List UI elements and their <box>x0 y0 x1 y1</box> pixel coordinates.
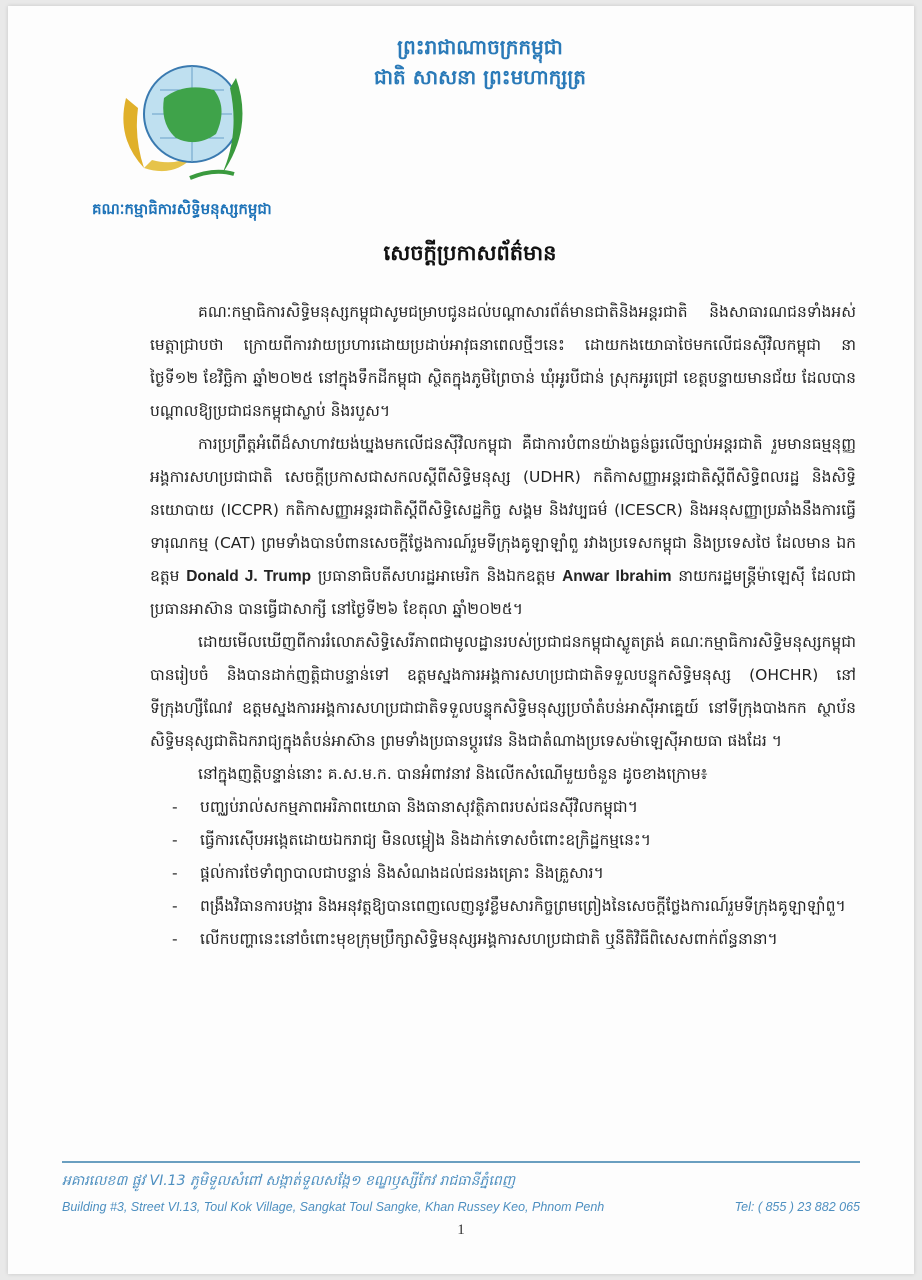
kingdom-line-2: ជាតិ សាសនា ព្រះមហាក្សត្រ <box>330 62 630 92</box>
requests-list: -បញ្ឈប់រាល់សកម្មភាពអរិភាពយោធា និងធានាសុវ… <box>150 791 856 956</box>
paragraph-2-text: ប្រធានាធិបតីសហរដ្ឋអាមេរិក និងឯកឧត្តម <box>311 567 562 585</box>
footer-address-khmer: អគារលេខ៣ ផ្លូវ VI.13 ភូមិទួលសំពៅ សង្កាត់… <box>62 1171 515 1192</box>
footer-address-english: Building #3, Street VI.13, Toul Kok Vill… <box>62 1200 604 1214</box>
footer-divider <box>62 1161 860 1163</box>
paragraph-2: ការប្រព្រឹត្តអំពើដ៏សាហាវយង់ឃ្នងមកលើជនស៊ី… <box>150 428 856 626</box>
paragraph-4: នៅក្នុងញត្តិបន្ទាន់នោះ គ.ស.ម.ក. បានអំពាវ… <box>150 758 856 791</box>
globe-wreath-logo-icon <box>104 38 272 206</box>
kingdom-motto: ព្រះរាជាណាចក្រកម្ពុជា ជាតិ សាសនា ព្រះមហា… <box>330 32 630 92</box>
list-item: -ពង្រឹងវិធានការបង្ការ និងអនុវត្តឱ្យបានពេ… <box>150 890 856 923</box>
list-item-text: ពង្រឹងវិធានការបង្ការ និងអនុវត្តឱ្យបានពេញ… <box>200 897 846 915</box>
paragraph-1: គណៈកម្មាធិការសិទ្ធិមនុស្សកម្ពុជាសូមជម្រា… <box>150 296 856 428</box>
dash-bullet-icon: - <box>172 890 178 923</box>
list-item-text: ធ្វើការស៊ើបអង្កេតដោយឯករាជ្យ មិនលម្អៀង និ… <box>200 831 651 849</box>
paragraph-3: ដោយមើលឃើញពីការរំលោភសិទ្ធិសេរីភាពជាមូលដ្ឋ… <box>150 626 856 758</box>
list-item-text: លើកបញ្ហានេះនៅចំពោះមុខក្រុមប្រឹក្សាសិទ្ធិ… <box>200 930 778 948</box>
organization-logo <box>104 38 272 206</box>
dash-bullet-icon: - <box>172 824 178 857</box>
footer-telephone: Tel: ( 855 ) 23 882 065 <box>735 1200 860 1214</box>
list-item: -បញ្ឈប់រាល់សកម្មភាពអរិភាពយោធា និងធានាសុវ… <box>150 791 856 824</box>
dash-bullet-icon: - <box>172 791 178 824</box>
list-item: -លើកបញ្ហានេះនៅចំពោះមុខក្រុមប្រឹក្សាសិទ្ធ… <box>150 923 856 956</box>
document-title: សេចក្តីប្រកាសព័ត៌មាន <box>340 240 600 271</box>
dash-bullet-icon: - <box>172 923 178 956</box>
list-item-text: បញ្ឈប់រាល់សកម្មភាពអរិភាពយោធា និងធានាសុវត… <box>200 798 638 816</box>
dash-bullet-icon: - <box>172 857 178 890</box>
organization-name: គណៈកម្មាធិការសិទ្ធិមនុស្សកម្ពុជា <box>92 200 322 222</box>
page-number: 1 <box>0 1222 922 1239</box>
name-donald-trump: Donald J. Trump <box>186 568 311 585</box>
list-item-text: ផ្តល់ការថែទាំព្យាបាលជាបន្ទាន់ និងសំណងដល់… <box>200 864 604 882</box>
kingdom-line-1: ព្រះរាជាណាចក្រកម្ពុជា <box>330 32 630 62</box>
list-item: -ផ្តល់ការថែទាំព្យាបាលជាបន្ទាន់ និងសំណងដល… <box>150 857 856 890</box>
paragraph-2-text: ការប្រព្រឹត្តអំពើដ៏សាហាវយង់ឃ្នងមកលើជនស៊ី… <box>150 435 856 585</box>
name-anwar-ibrahim: Anwar Ibrahim <box>562 568 671 585</box>
document-body: គណៈកម្មាធិការសិទ្ធិមនុស្សកម្ពុជាសូមជម្រា… <box>150 296 856 956</box>
list-item: -ធ្វើការស៊ើបអង្កេតដោយឯករាជ្យ មិនលម្អៀង ន… <box>150 824 856 857</box>
